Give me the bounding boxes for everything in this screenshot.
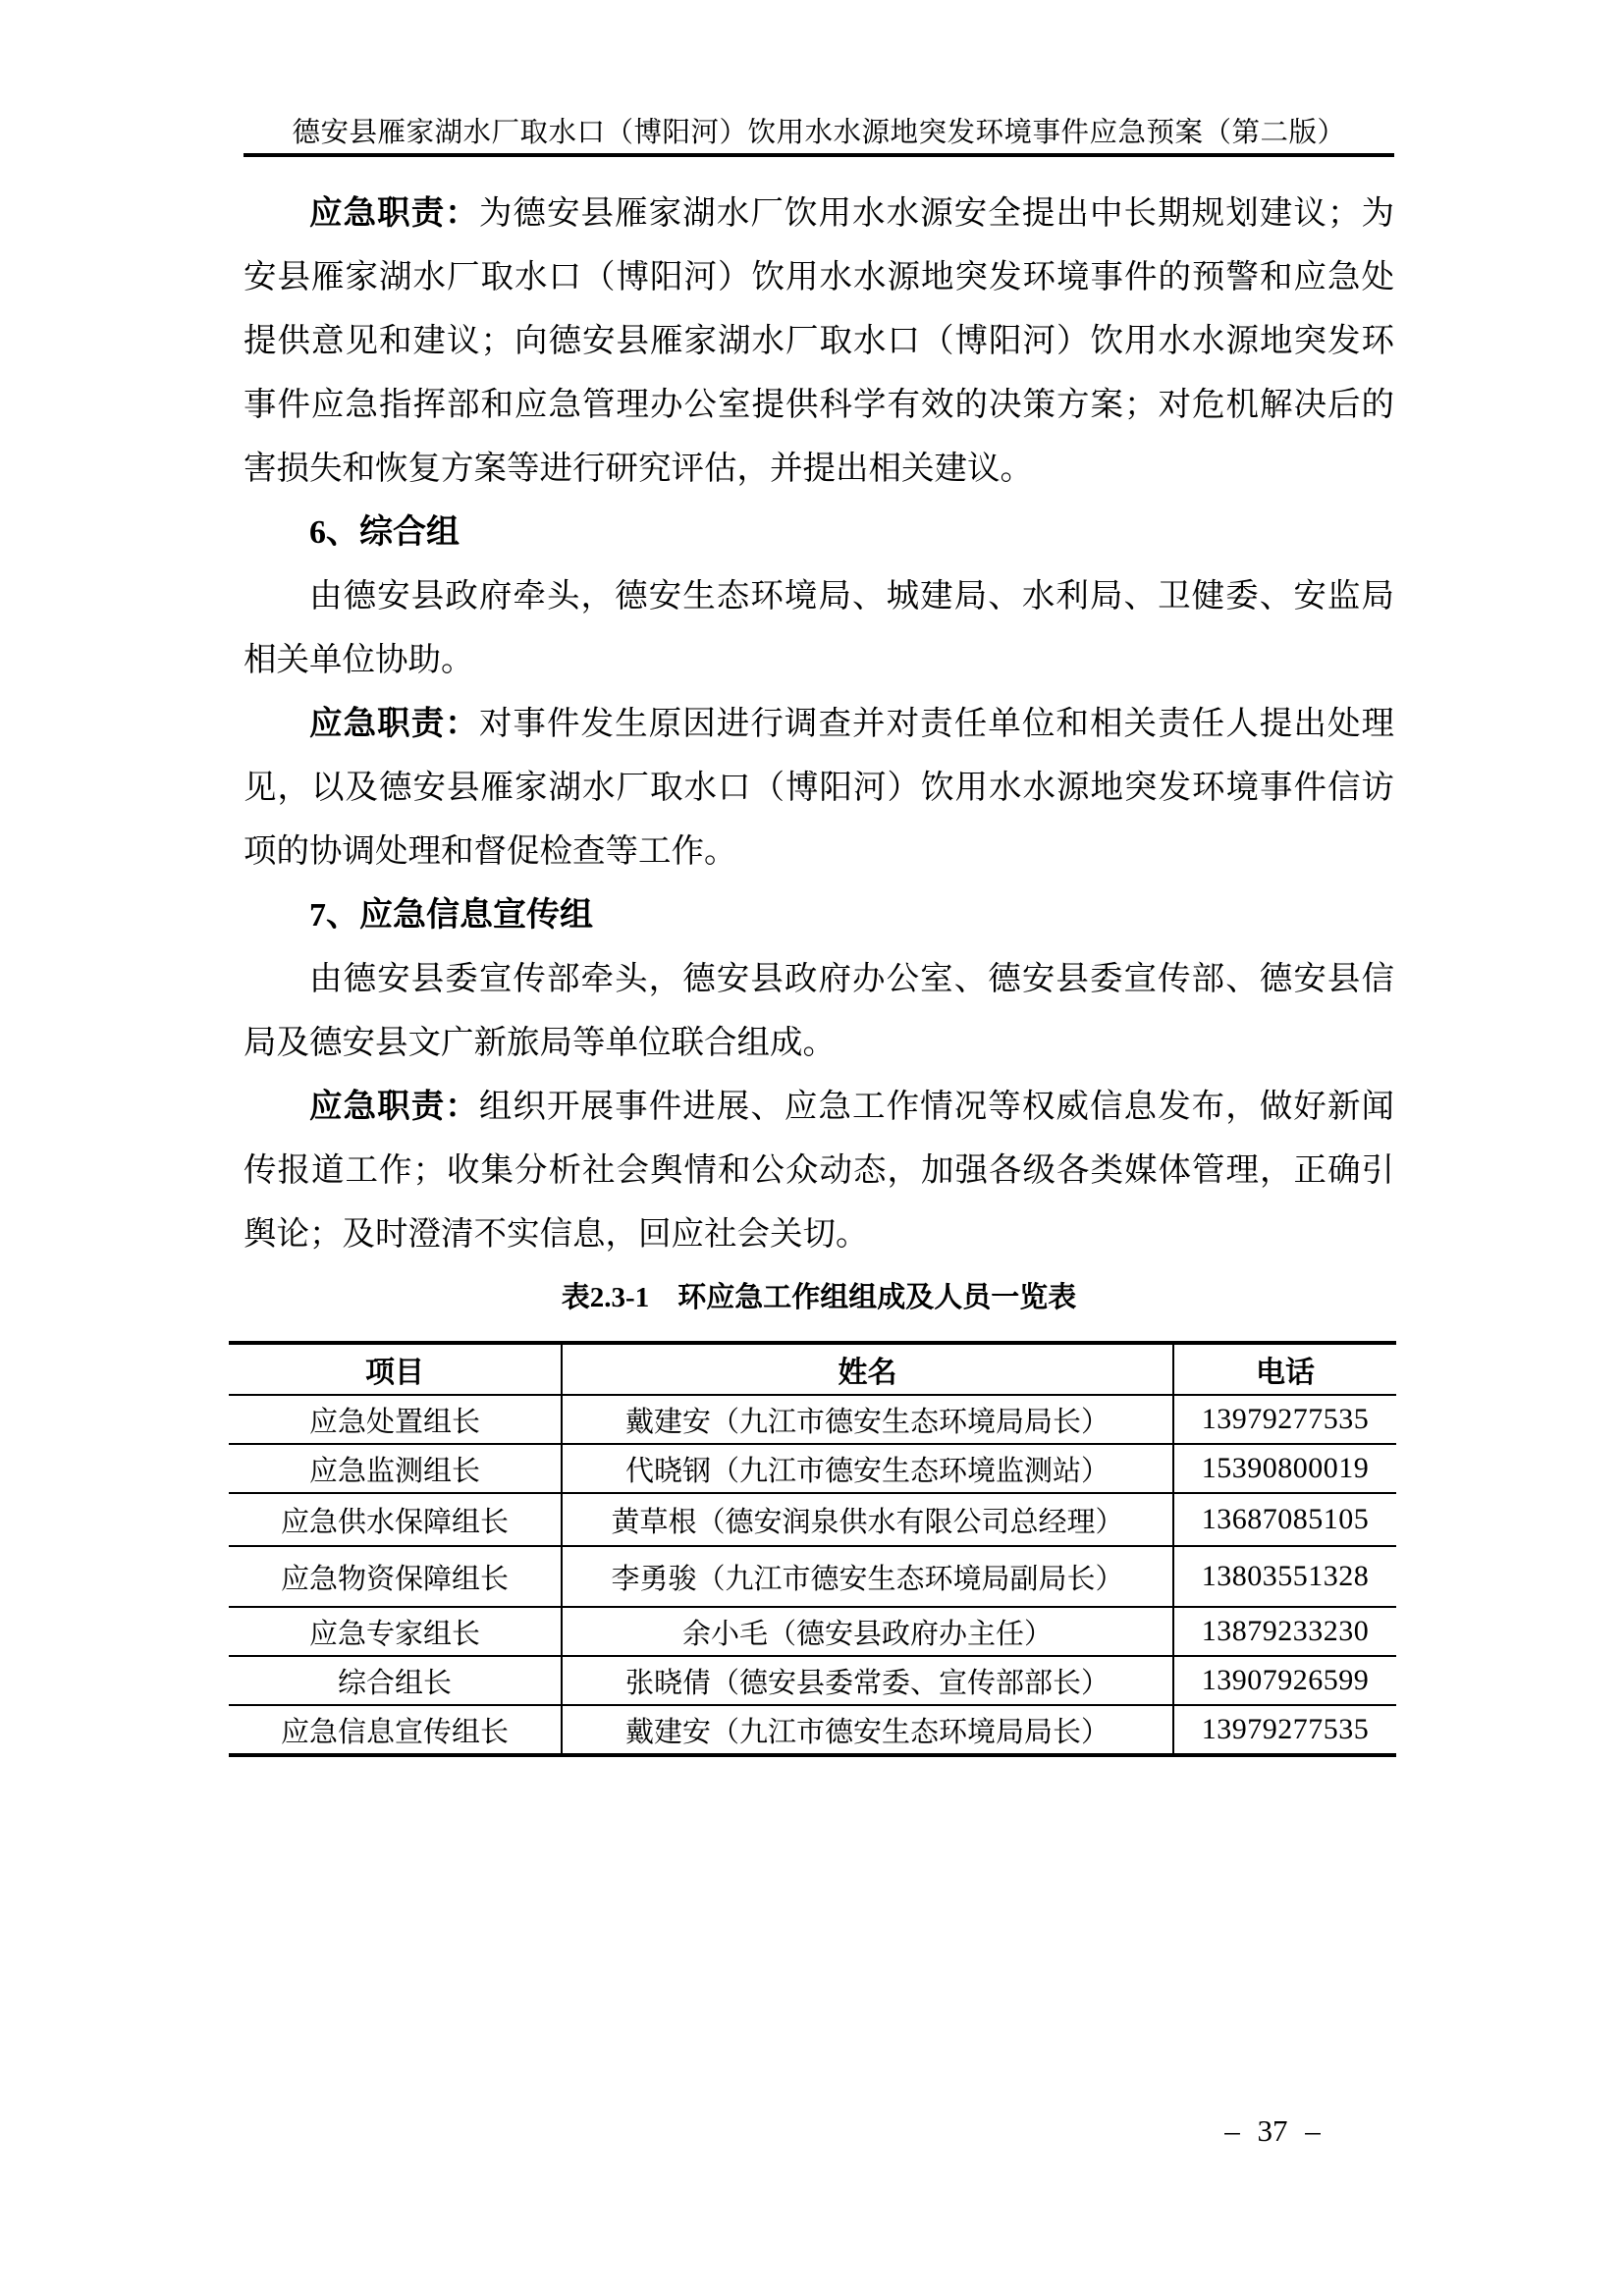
line-text: 安县雁家湖水厂取水口（博阳河）饮用水水源地突发环境事件的预警和应急处置 bbox=[244, 259, 1394, 309]
table-row: 应急信息宣传组长戴建安（九江市德安生态环境局局长）13979277535 bbox=[229, 1705, 1396, 1755]
table-row: 应急物资保障组长李勇骏（九江市德安生态环境局副局长）13803551328 bbox=[229, 1546, 1396, 1607]
body-line: 应急职责：组织开展事件进展、应急工作情况等权威信息发布，做好新闻宣 bbox=[244, 1075, 1394, 1139]
line-text: 传报道工作；收集分析社会舆情和公众动态，加强各级各类媒体管理，正确引导 bbox=[244, 1152, 1394, 1202]
line-text: 6、综合组 bbox=[309, 514, 460, 551]
body-line: 由德安县委宣传部牵头，德安县政府办公室、德安县委宣传部、德安县信访 bbox=[244, 947, 1394, 1011]
header-title: 德安县雁家湖水厂取水口（博阳河）饮用水水源地突发环境事件应急预案（第二版） bbox=[244, 114, 1394, 153]
column-header-0: 项目 bbox=[229, 1343, 562, 1395]
body-line: 项的协调处理和督促检查等工作。 bbox=[244, 820, 1394, 883]
table-header: 项目姓名电话 bbox=[229, 1343, 1396, 1395]
phone-cell: 13687085105 bbox=[1173, 1493, 1396, 1546]
table-row: 应急专家组长余小毛（德安县政府办主任）13879233230 bbox=[229, 1607, 1396, 1656]
document-body: 应急职责：为德安县雁家湖水厂饮用水水源安全提出中长期规划建议；为德安县雁家湖水厂… bbox=[244, 182, 1394, 1757]
body-line: 应急职责：为德安县雁家湖水厂饮用水水源安全提出中长期规划建议；为德 bbox=[244, 182, 1394, 245]
line-text: 由德安县政府牵头，德安生态环境局、城建局、水利局、卫健委、安监局等 bbox=[309, 578, 1394, 628]
phone-cell: 13879233230 bbox=[1173, 1607, 1396, 1656]
line-text: 相关单位协助。 bbox=[244, 642, 474, 678]
body-line: 事件应急指挥部和应急管理办公室提供科学有效的决策方案；对危机解决后的灾 bbox=[244, 373, 1394, 437]
item-cell: 应急监测组长 bbox=[229, 1444, 562, 1493]
personnel-table: 项目姓名电话 应急处置组长戴建安（九江市德安生态环境局局长）1397927753… bbox=[229, 1341, 1396, 1757]
line-text: 局及德安县文广新旅局等单位联合组成。 bbox=[244, 1025, 836, 1061]
bold-lead: 应急职责： bbox=[309, 195, 479, 232]
section-heading: 6、综合组 bbox=[244, 501, 1394, 564]
body-line: 应急职责：对事件发生原因进行调查并对责任单位和相关责任人提出处理意 bbox=[244, 692, 1394, 756]
line-text: 事件应急指挥部和应急管理办公室提供科学有效的决策方案；对危机解决后的灾 bbox=[244, 387, 1394, 437]
table-body: 应急处置组长戴建安（九江市德安生态环境局局长）13979277535应急监测组长… bbox=[229, 1395, 1396, 1755]
column-header-2: 电话 bbox=[1173, 1343, 1396, 1395]
line-text: 害损失和恢复方案等进行研究评估，并提出相关建议。 bbox=[244, 451, 1033, 487]
body-line: 害损失和恢复方案等进行研究评估，并提出相关建议。 bbox=[244, 437, 1394, 501]
phone-cell: 13979277535 bbox=[1173, 1395, 1396, 1444]
item-cell: 综合组长 bbox=[229, 1656, 562, 1705]
name-cell: 戴建安（九江市德安生态环境局局长） bbox=[562, 1705, 1173, 1755]
line-text: 项的协调处理和督促检查等工作。 bbox=[244, 833, 737, 870]
line-text: 舆论；及时澄清不实信息，回应社会关切。 bbox=[244, 1216, 869, 1253]
item-cell: 应急信息宣传组长 bbox=[229, 1705, 562, 1755]
name-cell: 代晓钢（九江市德安生态环境监测站） bbox=[562, 1444, 1173, 1493]
table-row: 应急监测组长代晓钢（九江市德安生态环境监测站）15390800019 bbox=[229, 1444, 1396, 1493]
name-cell: 李勇骏（九江市德安生态环境局副局长） bbox=[562, 1546, 1173, 1607]
body-line: 相关单位协助。 bbox=[244, 628, 1394, 692]
table-row: 应急供水保障组长黄草根（德安润泉供水有限公司总经理）13687085105 bbox=[229, 1493, 1396, 1546]
name-cell: 戴建安（九江市德安生态环境局局长） bbox=[562, 1395, 1173, 1444]
table-row: 应急处置组长戴建安（九江市德安生态环境局局长）13979277535 bbox=[229, 1395, 1396, 1444]
line-text: 由德安县委宣传部牵头，德安县政府办公室、德安县委宣传部、德安县信访 bbox=[309, 961, 1394, 1011]
table-row: 综合组长张晓倩（德安县委常委、宣传部部长）13907926599 bbox=[229, 1656, 1396, 1705]
line-text: 7、应急信息宣传组 bbox=[309, 897, 593, 934]
item-cell: 应急处置组长 bbox=[229, 1395, 562, 1444]
name-cell: 张晓倩（德安县委常委、宣传部部长） bbox=[562, 1656, 1173, 1705]
body-line: 安县雁家湖水厂取水口（博阳河）饮用水水源地突发环境事件的预警和应急处置 bbox=[244, 245, 1394, 309]
page-header: 德安县雁家湖水厂取水口（博阳河）饮用水水源地突发环境事件应急预案（第二版） bbox=[244, 114, 1394, 157]
bold-lead: 应急职责： bbox=[309, 1089, 479, 1125]
body-line: 提供意见和建议；向德安县雁家湖水厂取水口（博阳河）饮用水水源地突发环境 bbox=[244, 309, 1394, 373]
phone-cell: 15390800019 bbox=[1173, 1444, 1396, 1493]
item-cell: 应急专家组长 bbox=[229, 1607, 562, 1656]
name-cell: 余小毛（德安县政府办主任） bbox=[562, 1607, 1173, 1656]
table-caption: 表2.3-1 环应急工作组组成及人员一览表 bbox=[244, 1266, 1394, 1330]
table-header-row: 项目姓名电话 bbox=[229, 1343, 1396, 1395]
paragraph-flow: 应急职责：为德安县雁家湖水厂饮用水水源安全提出中长期规划建议；为德安县雁家湖水厂… bbox=[244, 182, 1394, 1266]
page-number: – 37 – bbox=[1174, 2113, 1371, 2149]
body-line: 由德安县政府牵头，德安生态环境局、城建局、水利局、卫健委、安监局等 bbox=[244, 564, 1394, 628]
item-cell: 应急供水保障组长 bbox=[229, 1493, 562, 1546]
line-text: 提供意见和建议；向德安县雁家湖水厂取水口（博阳河）饮用水水源地突发环境 bbox=[244, 323, 1394, 373]
phone-cell: 13979277535 bbox=[1173, 1705, 1396, 1755]
body-line: 舆论；及时澄清不实信息，回应社会关切。 bbox=[244, 1202, 1394, 1266]
bold-lead: 应急职责： bbox=[309, 706, 479, 742]
item-cell: 应急物资保障组长 bbox=[229, 1546, 562, 1607]
body-line: 见，以及德安县雁家湖水厂取水口（博阳河）饮用水水源地突发环境事件信访事 bbox=[244, 756, 1394, 820]
column-header-1: 姓名 bbox=[562, 1343, 1173, 1395]
document-page: 德安县雁家湖水厂取水口（博阳河）饮用水水源地突发环境事件应急预案（第二版） 应急… bbox=[0, 0, 1624, 2296]
section-heading: 7、应急信息宣传组 bbox=[244, 883, 1394, 947]
body-line: 局及德安县文广新旅局等单位联合组成。 bbox=[244, 1011, 1394, 1075]
body-line: 传报道工作；收集分析社会舆情和公众动态，加强各级各类媒体管理，正确引导 bbox=[244, 1139, 1394, 1202]
name-cell: 黄草根（德安润泉供水有限公司总经理） bbox=[562, 1493, 1173, 1546]
phone-cell: 13803551328 bbox=[1173, 1546, 1396, 1607]
phone-cell: 13907926599 bbox=[1173, 1656, 1396, 1705]
line-text: 见，以及德安县雁家湖水厂取水口（博阳河）饮用水水源地突发环境事件信访事 bbox=[244, 770, 1394, 820]
